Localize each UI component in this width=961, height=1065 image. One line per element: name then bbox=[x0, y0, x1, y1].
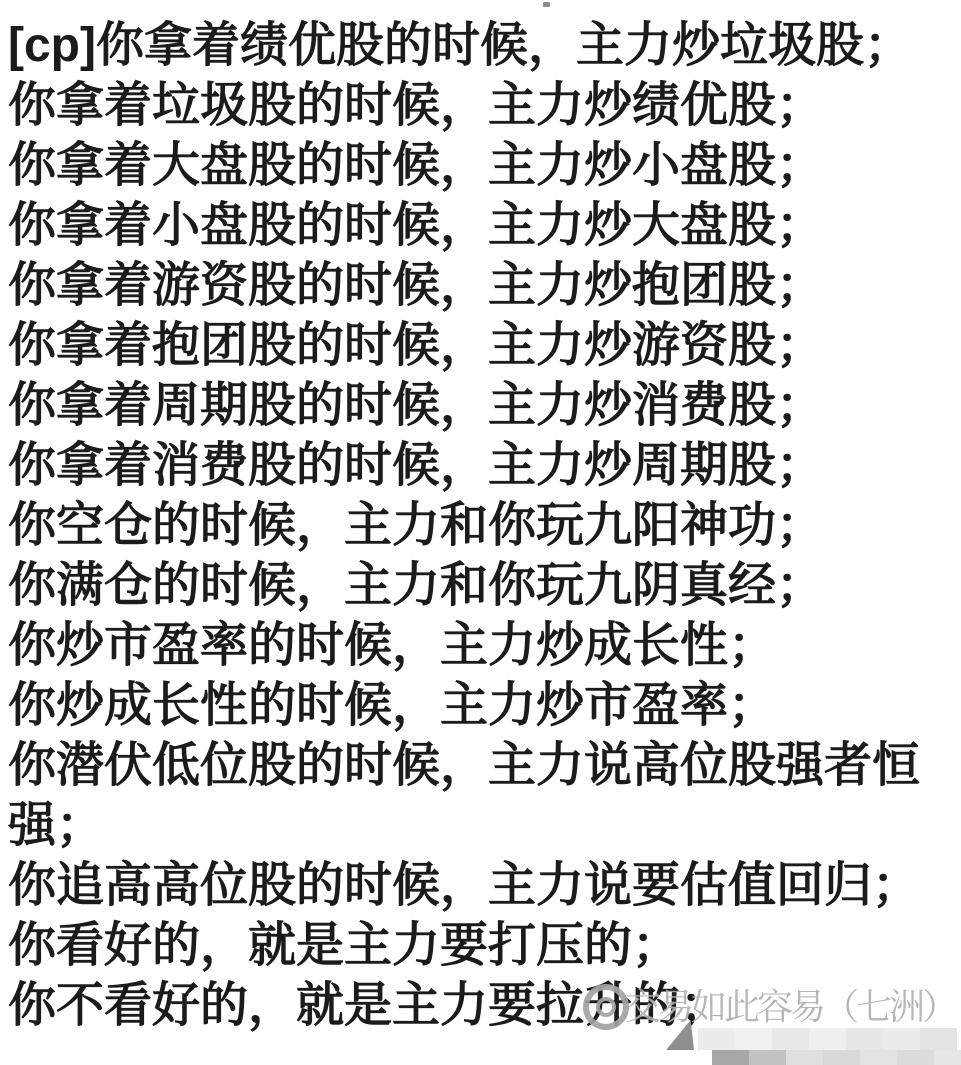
post-line: 你拿着消费股的时候，主力炒周期股； bbox=[8, 436, 953, 496]
censor-block bbox=[712, 1050, 749, 1065]
post-line: 你追高高位股的时候，主力说要估值回归； bbox=[8, 856, 953, 916]
watermark-handle: 交易如此容易（七洲） bbox=[625, 986, 955, 1028]
post-line: 你拿着大盘股的时候，主力炒小盘股； bbox=[8, 136, 953, 196]
censor-blocks-top bbox=[698, 1028, 957, 1050]
post-line: 你拿着周期股的时候，主力炒消费股； bbox=[8, 376, 953, 436]
post-line: 你拿着垃圾股的时候，主力炒绩优股； bbox=[8, 76, 953, 136]
post-line: 你看好的，就是主力要打压的； bbox=[8, 916, 953, 976]
watermark-logo-icon bbox=[583, 984, 629, 1030]
censor-block bbox=[823, 1050, 860, 1065]
censor-block bbox=[772, 1028, 809, 1050]
censor-block bbox=[735, 1028, 772, 1050]
post-body: [cp]你拿着绩优股的时候，主力炒垃圾股； 你拿着垃圾股的时候，主力炒绩优股； … bbox=[0, 0, 961, 1036]
censor-block bbox=[883, 1028, 920, 1050]
post-line: 你潜伏低位股的时候，主力说高位股强者恒强； bbox=[8, 736, 953, 856]
censor-block bbox=[698, 1028, 735, 1050]
post-line: 你拿着抱团股的时候，主力炒游资股； bbox=[8, 316, 953, 376]
censor-blocks-bottom bbox=[712, 1050, 961, 1065]
post-line: 你拿着游资股的时候，主力炒抱团股； bbox=[8, 256, 953, 316]
watermark-logo-inner-icon bbox=[596, 997, 616, 1017]
censor-block bbox=[786, 1050, 823, 1065]
censor-block bbox=[934, 1050, 961, 1065]
post-line: 你拿着小盘股的时候，主力炒大盘股； bbox=[8, 196, 953, 256]
censor-block bbox=[897, 1050, 934, 1065]
post-line: 你空仓的时候，主力和你玩九阳神功； bbox=[8, 496, 953, 556]
post-line: [cp]你拿着绩优股的时候，主力炒垃圾股； bbox=[8, 16, 953, 76]
censor-block bbox=[749, 1050, 786, 1065]
edge-artifact bbox=[543, 2, 550, 7]
censor-block bbox=[920, 1028, 957, 1050]
censor-block bbox=[809, 1028, 846, 1050]
censor-block bbox=[846, 1028, 883, 1050]
post-line: 你炒成长性的时候，主力炒市盈率； bbox=[8, 676, 953, 736]
post-line: 你炒市盈率的时候，主力炒成长性； bbox=[8, 616, 953, 676]
censor-block bbox=[860, 1050, 897, 1065]
post-line: 你满仓的时候，主力和你玩九阴真经； bbox=[8, 556, 953, 616]
watermark: 交易如此容易（七洲） bbox=[583, 984, 955, 1030]
